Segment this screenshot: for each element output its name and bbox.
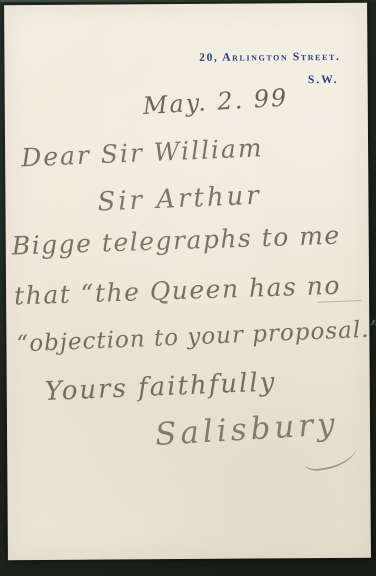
paper-crease (317, 300, 361, 303)
letter-valediction: Yours faithfully (44, 367, 277, 407)
letter-body-line: that “the Queen has no (14, 271, 342, 311)
letter-date: May. 2. 99 (142, 84, 289, 121)
signature: Salisbury (154, 406, 339, 453)
letter-body-line: Sir Arthur (97, 181, 263, 218)
letter-paper: 20, Arlington Street. S.W. May. 2. 99 De… (4, 3, 371, 561)
letter-salutation: Dear Sir William (21, 133, 265, 172)
letterhead-district: S.W. (308, 74, 339, 86)
letterhead-address: 20, Arlington Street. (199, 51, 340, 64)
photo-backdrop: 20, Arlington Street. S.W. May. 2. 99 De… (0, 0, 376, 576)
letter-body-line: Bigge telegraphs to me (11, 221, 341, 261)
letter-body-line: “objection to your proposal.” (16, 316, 376, 357)
